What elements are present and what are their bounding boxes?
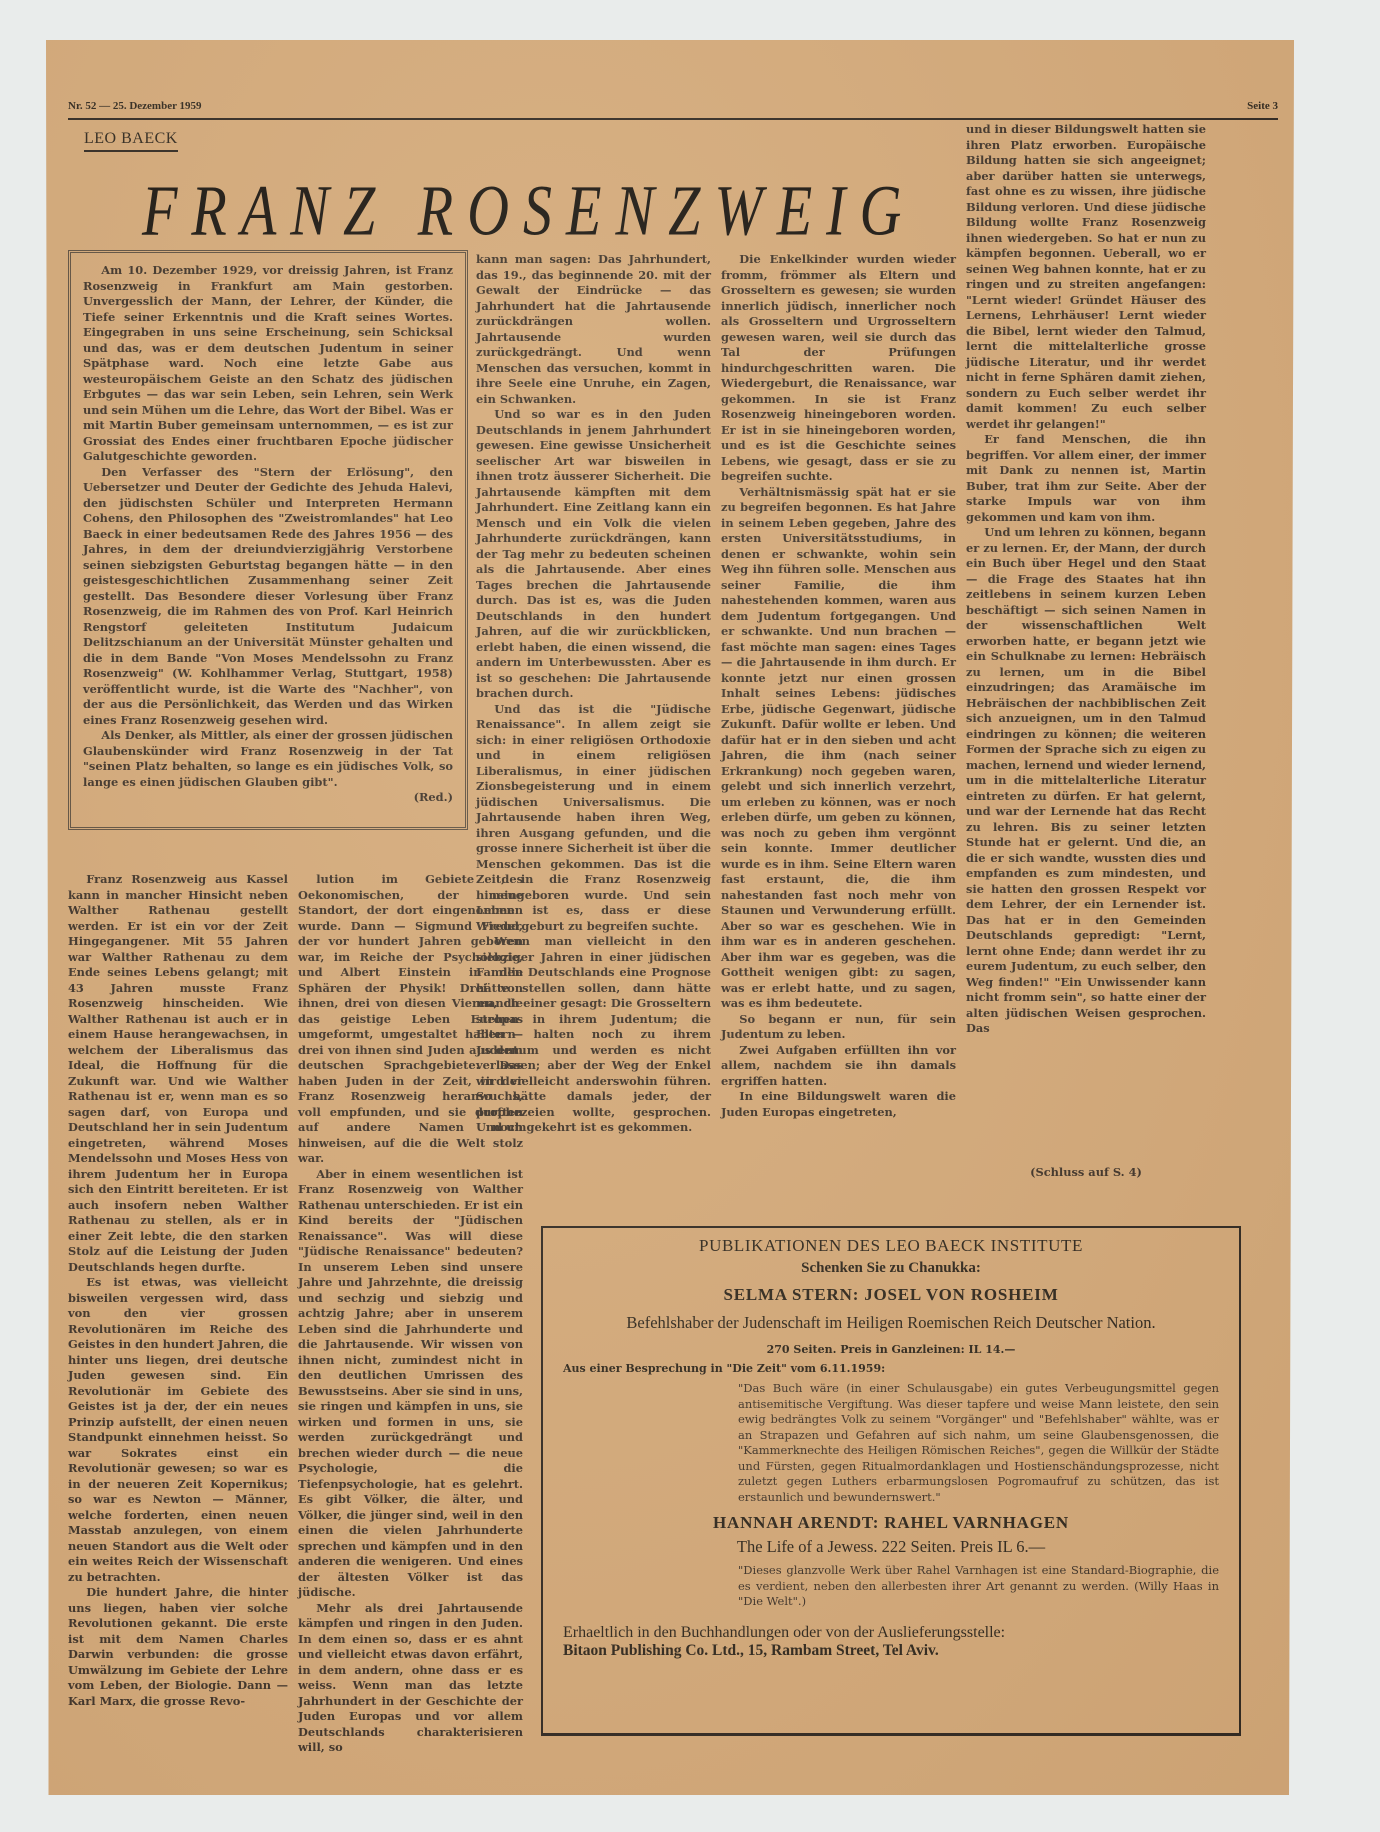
column-2: kann man sagen: Das Jahrhundert, das 19.… [476, 252, 711, 1136]
book2-review: "Dieses glanzvolle Werk über Rahel Varnh… [738, 1563, 1219, 1610]
paragraph: Wenn man vielleicht in den siebziger Jah… [476, 934, 711, 1136]
paragraph: Die Enkelkinder wurden wieder fromm, frö… [721, 252, 956, 485]
header-rule [68, 118, 1278, 120]
editor-sign: (Red.) [83, 790, 453, 806]
article-title: FRANZ ROSENZWEIG [142, 168, 915, 252]
paragraph: Die hundert Jahre, die hinter uns liegen… [68, 1585, 288, 1709]
intro-text: Am 10. Dezember 1929, vor dreissig Jahre… [83, 263, 453, 790]
book1-review-source: Aus einer Besprechung in "Die Zeit" vom … [563, 1362, 1219, 1375]
paragraph: Den Verfasser des "Stern der Erlösung", … [83, 465, 453, 729]
column-4: und in dieser Bildungswelt hatten sie ih… [966, 122, 1206, 1037]
lower-column-1: Franz Rosenzweig aus Kassel kann in manc… [68, 872, 288, 1709]
paragraph: Es ist etwas, was vielleicht bisweilen v… [68, 1275, 288, 1585]
continued-note: (Schluss auf S. 4) [966, 1165, 1206, 1181]
column-3: Die Enkelkinder wurden wieder fromm, frö… [721, 252, 956, 1120]
paragraph: und in dieser Bildungswelt hatten sie ih… [966, 122, 1206, 432]
book1-subtitle: Befehlshaber der Judenschaft im Heiligen… [563, 1313, 1219, 1333]
paragraph: Am 10. Dezember 1929, vor dreissig Jahre… [83, 263, 453, 465]
ad-heading: PUBLIKATIONEN DES LEO BAECK INSTITUTE [563, 1236, 1219, 1256]
lower-column-2: lution im Gebiete des Oekonomischen, der… [298, 872, 523, 1756]
paragraph: Und das ist die "Jüdische Renaissance". … [476, 702, 711, 935]
author-byline: LEO BAECK [84, 130, 178, 152]
publisher-address: Bitaon Publishing Co. Ltd., 15, Rambam S… [563, 1642, 1219, 1660]
paragraph: In eine Bildungswelt waren die Juden Eur… [721, 1089, 956, 1120]
issue-date: Nr. 52 — 25. Dezember 1959 [68, 100, 202, 112]
newspaper-page: Nr. 52 — 25. Dezember 1959 Seite 3 LEO B… [46, 40, 1294, 1795]
intro-box: Am 10. Dezember 1929, vor dreissig Jahre… [68, 250, 468, 830]
paragraph: Er fand Menschen, die ihn begriffen. Vor… [966, 432, 1206, 525]
availability-note: Erhaeltlich in den Buchhandlungen oder v… [563, 1624, 1219, 1642]
advertisement-box: PUBLIKATIONEN DES LEO BAECK INSTITUTE Sc… [541, 1226, 1241, 1736]
paragraph: Und so war es in den Juden Deutschlands … [476, 407, 711, 702]
page-header: Nr. 52 — 25. Dezember 1959 Seite 3 [68, 100, 1278, 112]
paragraph: lution im Gebiete des Oekonomischen, der… [298, 872, 523, 1167]
paragraph: Verhältnismässig spät hat er sie zu begr… [721, 485, 956, 1012]
paragraph: kann man sagen: Das Jahrhundert, das 19.… [476, 252, 711, 407]
paragraph: Mehr als drei Jahrtausende kämpfen und r… [298, 1601, 523, 1756]
paragraph: Franz Rosenzweig aus Kassel kann in manc… [68, 872, 288, 1275]
book1-price: 270 Seiten. Preis in Ganzleinen: IL 14.— [563, 1343, 1219, 1356]
book2-title: HANNAH ARENDT: RAHEL VARNHAGEN [563, 1513, 1219, 1533]
ad-subheading: Schenken Sie zu Chanukka: [563, 1260, 1219, 1277]
book1-title: SELMA STERN: JOSEL VON ROSHEIM [563, 1285, 1219, 1305]
paragraph: Als Denker, als Mittler, als einer der g… [83, 728, 453, 790]
paragraph: Zwei Aufgaben erfüllten ihn vor allem, n… [721, 1043, 956, 1090]
book1-review: "Das Buch wäre (in einer Schulausgabe) e… [738, 1381, 1219, 1505]
paragraph: Und um lehren zu können, begann er zu le… [966, 525, 1206, 1037]
paragraph: So begann er nun, für sein Judentum zu l… [721, 1012, 956, 1043]
paragraph: Aber in einem wesentlichen ist Franz Ros… [298, 1167, 523, 1601]
page-number: Seite 3 [1247, 100, 1278, 112]
book2-subtitle: The Life of a Jewess. 222 Seiten. Preis … [563, 1537, 1219, 1557]
